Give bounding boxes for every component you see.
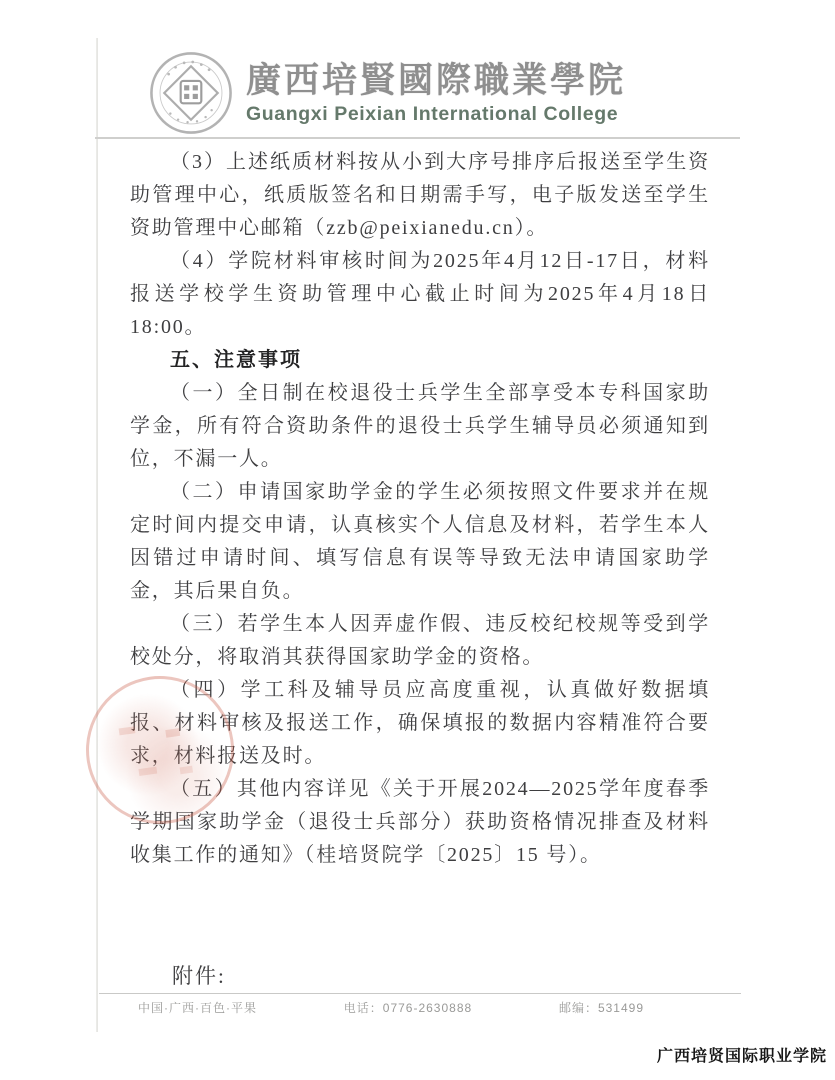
note-item-5: （五）其他内容详见《关于开展2024—2025学年度春季学期国家助学金（退役士兵… bbox=[130, 773, 710, 872]
paragraph-4: （4）学院材料审核时间为2025年4月12日-17日，材料报送学校学生资助管理中… bbox=[130, 245, 710, 344]
footer-postcode: 邮编：531499 bbox=[559, 999, 644, 1016]
page-edge-shadow bbox=[96, 38, 98, 1032]
note-item-3: （三）若学生本人因弄虚作假、违反校纪校规等受到学校处分，将取消其获得国家助学金的… bbox=[130, 608, 710, 674]
document-body: （3）上述纸质材料按从小到大序号排序后报送至学生资助管理中心，纸质版签名和日期需… bbox=[130, 146, 710, 872]
section-5-heading: 五、注意事项 bbox=[130, 344, 710, 377]
college-name-calligraphy: 廣西培賢國際職業學院 bbox=[246, 61, 626, 101]
bottom-right-caption: 广西培贤国际职业学院 bbox=[657, 1043, 827, 1066]
letterhead: 廣西培賢國際職業學院 Guangxi Peixian International… bbox=[148, 50, 626, 136]
attachment-label: 附件: bbox=[172, 960, 226, 990]
note-item-1: （一）全日制在校退役士兵学生全部享受本专科国家助学金，所有符合资助条件的退役士兵… bbox=[130, 377, 710, 476]
note-item-2: （二）申请国家助学金的学生必须按照文件要求并在规定时间内提交申请，认真核实个人信… bbox=[130, 476, 710, 608]
note-item-4: （四）学工科及辅导员应高度重视，认真做好数据填报、材料审核及报送工作，确保填报的… bbox=[130, 674, 710, 773]
college-seal-logo bbox=[148, 50, 234, 136]
footer-address: 中国·广西·百色·平果 bbox=[138, 999, 257, 1016]
footer-contact-row: 中国·广西·百色·平果 电话：0776-2630888 邮编：531499 bbox=[138, 999, 644, 1016]
header-divider-line bbox=[95, 137, 740, 139]
college-name-english: Guangxi Peixian International College bbox=[246, 102, 626, 126]
scanned-document-page: 廣西培賢國際職業學院 Guangxi Peixian International… bbox=[0, 0, 835, 1080]
footer-phone: 电话：0776-2630888 bbox=[344, 999, 472, 1016]
footer-divider-line bbox=[99, 993, 741, 994]
paragraph-3: （3）上述纸质材料按从小到大序号排序后报送至学生资助管理中心，纸质版签名和日期需… bbox=[130, 146, 710, 245]
letterhead-titles: 廣西培賢國際職業學院 Guangxi Peixian International… bbox=[246, 61, 626, 126]
